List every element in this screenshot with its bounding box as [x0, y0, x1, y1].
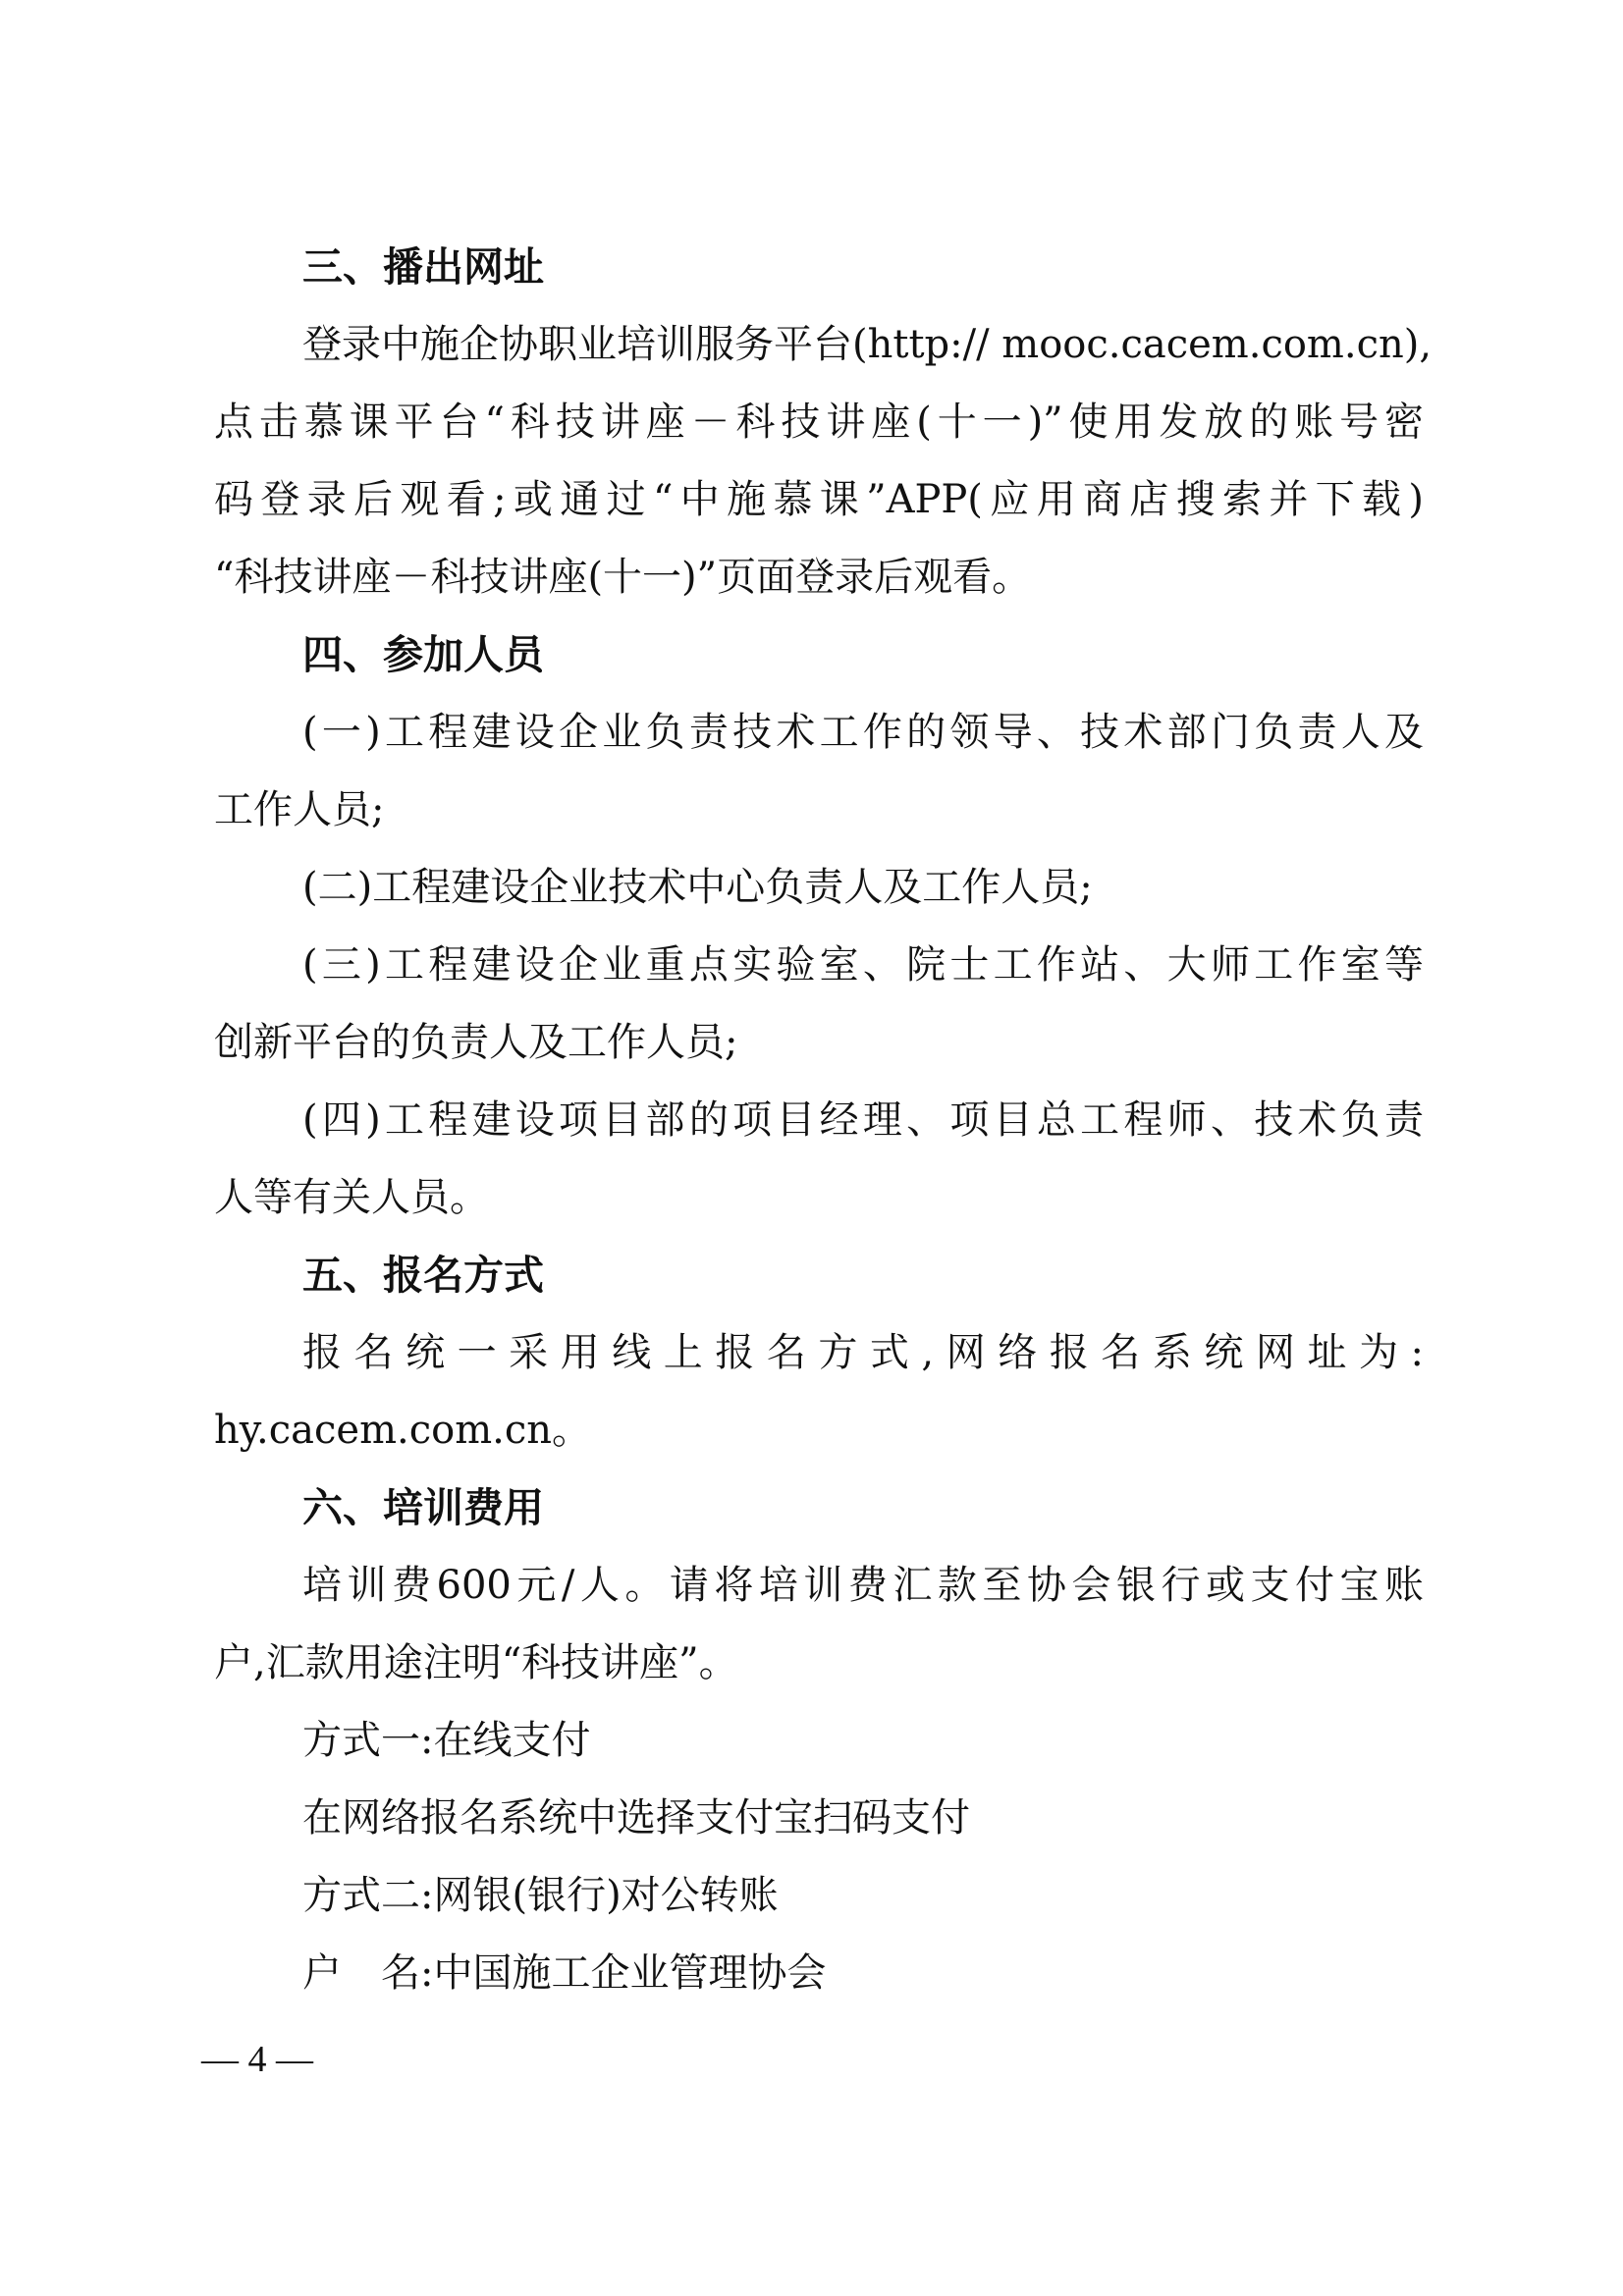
payment-method-one-detail: 在网络报名系统中选择支付宝扫码支付: [302, 1789, 1424, 1847]
registration-url: hy.cacem.com.cn。: [214, 1401, 1424, 1460]
list-item-continuation: 创新平台的负责人及工作人员;: [214, 1013, 1424, 1072]
list-item-continuation: 工作人员;: [214, 780, 1424, 839]
section-heading-training-fee: 六、培训费用: [302, 1478, 1424, 1537]
paragraph-line: 报名统一采用线上报名方式,网络报名系统网址为:: [302, 1323, 1424, 1382]
paragraph-line: 点击慕课平台“科技讲座－科技讲座(十一)”使用发放的账号密: [214, 393, 1424, 452]
page-number: — 4 —: [201, 2030, 313, 2089]
section-heading-broadcast-url: 三、播出网址: [302, 238, 1424, 296]
paragraph-line: 登录中施企协职业培训服务平台(http:// mooc.cacem.com.cn…: [302, 315, 1424, 374]
list-item-continuation: 人等有关人员。: [214, 1168, 1424, 1227]
section-heading-registration: 五、报名方式: [302, 1246, 1424, 1305]
paragraph-line: 户,汇款用途注明“科技讲座”。: [214, 1633, 1424, 1692]
paragraph-line: 培训费600元/人。请将培训费汇款至协会银行或支付宝账: [302, 1556, 1424, 1615]
paragraph-line: “科技讲座－科技讲座(十一)”页面登录后观看。: [214, 548, 1424, 607]
list-item: (三)工程建设企业重点实验室、院士工作站、大师工作室等: [302, 935, 1424, 994]
account-name: 户 名:中国施工企业管理协会: [302, 1944, 1424, 2002]
payment-method-one: 方式一:在线支付: [302, 1711, 1424, 1770]
section-heading-participants: 四、参加人员: [302, 625, 1424, 684]
list-item: (一)工程建设企业负责技术工作的领导、技术部门负责人及: [302, 703, 1424, 762]
paragraph-line: 码登录后观看;或通过“中施慕课”APP(应用商店搜索并下载): [214, 470, 1424, 529]
payment-method-two: 方式二:网银(银行)对公转账: [302, 1866, 1424, 1925]
list-item: (二)工程建设企业技术中心负责人及工作人员;: [302, 858, 1424, 917]
document-page: 三、播出网址 登录中施企协职业培训服务平台(http:// mooc.cacem…: [0, 0, 1623, 2296]
list-item: (四)工程建设项目部的项目经理、项目总工程师、技术负责: [302, 1091, 1424, 1149]
